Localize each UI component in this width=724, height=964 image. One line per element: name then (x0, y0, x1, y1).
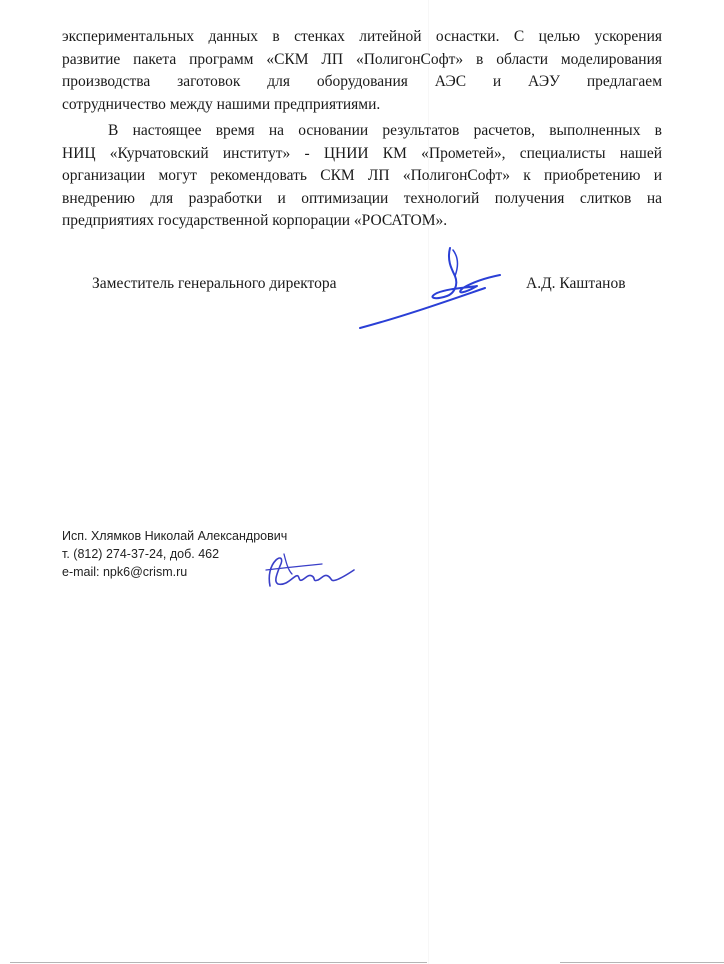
text-line: сотрудничество между нашими предприятиям… (62, 94, 662, 117)
page-bottom-edge (10, 962, 427, 963)
email-address: e-mail: npk6@crism.ru (62, 563, 287, 581)
text-line: организации могут рекомендовать СКМ ЛП «… (62, 165, 662, 188)
paragraph-1: экспериментальных данных в стенках литей… (62, 26, 662, 116)
signatory-position: Заместитель генерального директора (92, 275, 337, 293)
text-line: развитие пакета программ «СКМ ЛП «Полиго… (62, 49, 662, 72)
text-line: внедрению для разработки и оптимизации т… (62, 188, 662, 211)
signatory-name: А.Д. Каштанов (526, 275, 626, 293)
handwritten-signature-icon (355, 238, 530, 333)
text-line: экспериментальных данных в стенках литей… (62, 26, 662, 49)
phone-number: т. (812) 274-37-24, доб. 462 (62, 545, 287, 563)
contact-block: Исп. Хлямков Николай Александрович т. (8… (62, 527, 287, 581)
page-bottom-edge (560, 962, 724, 963)
text-line: НИЦ «Курчатовский институт» - ЦНИИ КМ «П… (62, 143, 662, 166)
text-line: производства заготовок для оборудования … (62, 71, 662, 94)
executor-name: Исп. Хлямков Николай Александрович (62, 527, 287, 545)
text-line: В настоящее время на основании результат… (62, 120, 662, 143)
paragraph-2: В настоящее время на основании результат… (62, 120, 662, 233)
text-line: предприятиях государственной корпорации … (62, 210, 662, 233)
